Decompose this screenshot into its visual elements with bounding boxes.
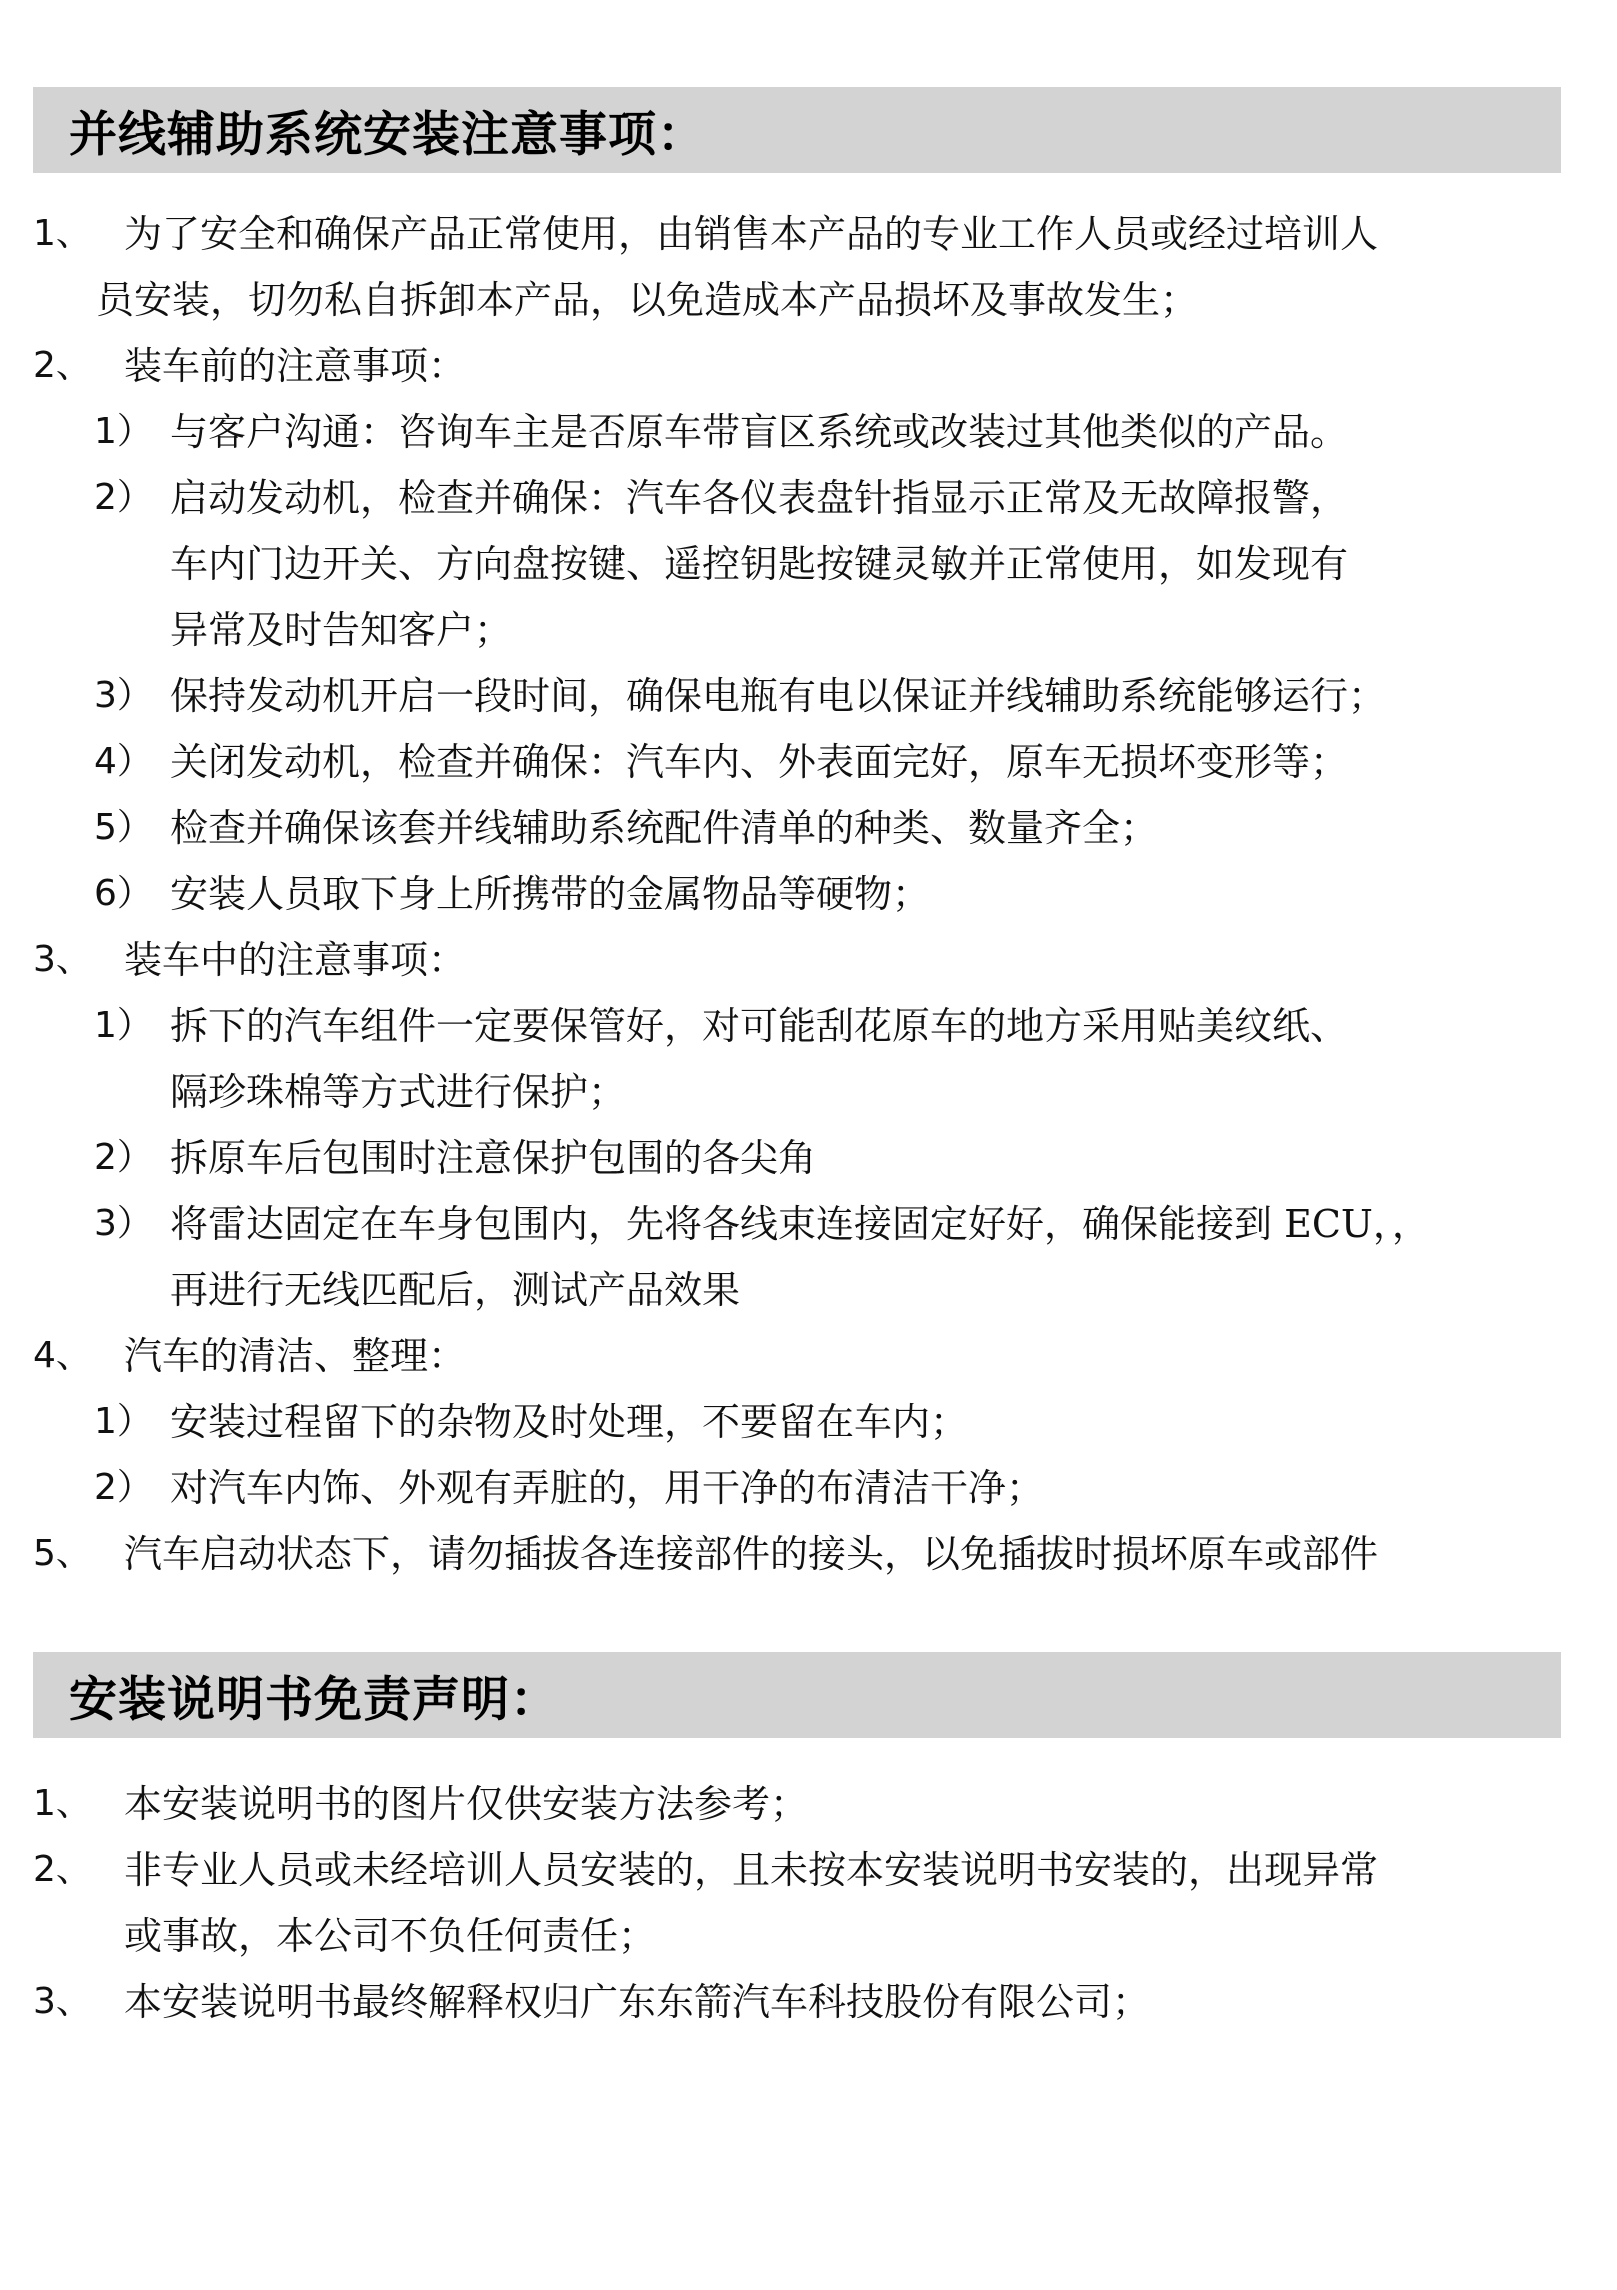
subitem-number: 1）: [94, 400, 153, 464]
subitem-number: 2）: [94, 466, 153, 530]
item-number: 3、: [33, 1970, 92, 2034]
subitem-text: 启动发动机，检查并确保：汽车各仪表盘针指显示正常及无故障报警，: [170, 466, 1348, 530]
subitem-text: 对汽车内饰、外观有弄脏的，用干净的布清洁干净；: [170, 1456, 1044, 1520]
item-text: 为了安全和确保产品正常使用，由销售本产品的专业工作人员或经过培训人: [124, 202, 1378, 266]
item-number: 1、: [33, 202, 92, 266]
item-number: 2、: [33, 334, 92, 398]
item-number: 1、: [33, 1772, 92, 1836]
subitem-number: 6）: [94, 862, 153, 926]
item-heading: 装车中的注意事项：: [124, 928, 466, 992]
subitem-number: 1）: [94, 1390, 153, 1454]
item-number: 3、: [33, 928, 92, 992]
subitem-text-continued: 隔珍珠棉等方式进行保护；: [170, 1060, 626, 1124]
subitem-text: 与客户沟通：咨询车主是否原车带盲区系统或改装过其他类似的产品。: [170, 400, 1348, 464]
item-number: 4、: [33, 1324, 92, 1388]
subitem-number: 2）: [94, 1456, 153, 1520]
subitem-number: 3）: [94, 664, 153, 728]
item-number: 2、: [33, 1838, 92, 1902]
item-heading: 汽车的清洁、整理：: [124, 1324, 466, 1388]
item-text: 非专业人员或未经培训人员安装的，且未按本安装说明书安装的，出现异常: [124, 1838, 1378, 1902]
item-heading: 装车前的注意事项：: [124, 334, 466, 398]
section-header-disclaimer: 安装说明书免责声明：: [33, 1652, 1561, 1738]
subitem-text: 将雷达固定在车身包围内，先将各线束连接固定好好，确保能接到 ECU，，: [170, 1192, 1430, 1256]
subitem-number: 5）: [94, 796, 153, 860]
subitem-number: 4）: [94, 730, 153, 794]
section-title: 并线辅助系统安装注意事项：: [69, 96, 706, 165]
subitem-text-continued: 车内门边开关、方向盘按键、遥控钥匙按键灵敏并正常使用，如发现有: [170, 532, 1348, 596]
subitem-text: 关闭发动机，检查并确保：汽车内、外表面完好，原车无损坏变形等；: [170, 730, 1348, 794]
subitem-text-continued: 异常及时告知客户；: [170, 598, 512, 662]
subitem-number: 2）: [94, 1126, 153, 1190]
item-number: 5、: [33, 1522, 92, 1586]
section-title: 安装说明书免责声明：: [69, 1661, 559, 1730]
item-text-continued: 或事故，本公司不负任何责任；: [124, 1904, 656, 1968]
subitem-text: 安装人员取下身上所携带的金属物品等硬物；: [170, 862, 930, 926]
subitem-text: 检查并确保该套并线辅助系统配件清单的种类、数量齐全；: [170, 796, 1158, 860]
subitem-text: 拆下的汽车组件一定要保管好，对可能刮花原车的地方采用贴美纹纸、: [170, 994, 1348, 1058]
subitem-number: 1）: [94, 994, 153, 1058]
subitem-text-continued: 再进行无线匹配后，测试产品效果: [170, 1258, 740, 1322]
subitem-text: 保持发动机开启一段时间，确保电瓶有电以保证并线辅助系统能够运行；: [170, 664, 1386, 728]
subitem-text: 安装过程留下的杂物及时处理，不要留在车内；: [170, 1390, 968, 1454]
item-text: 汽车启动状态下，请勿插拔各连接部件的接头，以免插拔时损坏原车或部件: [124, 1522, 1378, 1586]
item-text: 本安装说明书的图片仅供安装方法参考；: [124, 1772, 808, 1836]
subitem-number: 3）: [94, 1192, 153, 1256]
item-text-continued: 员安装，切勿私自拆卸本产品，以免造成本产品损坏及事故发生；: [96, 268, 1198, 332]
section-header-install-notes: 并线辅助系统安装注意事项：: [33, 87, 1561, 173]
item-text: 本安装说明书最终解释权归广东东箭汽车科技股份有限公司；: [124, 1970, 1150, 2034]
subitem-text: 拆原车后包围时注意保护包围的各尖角: [170, 1126, 816, 1190]
